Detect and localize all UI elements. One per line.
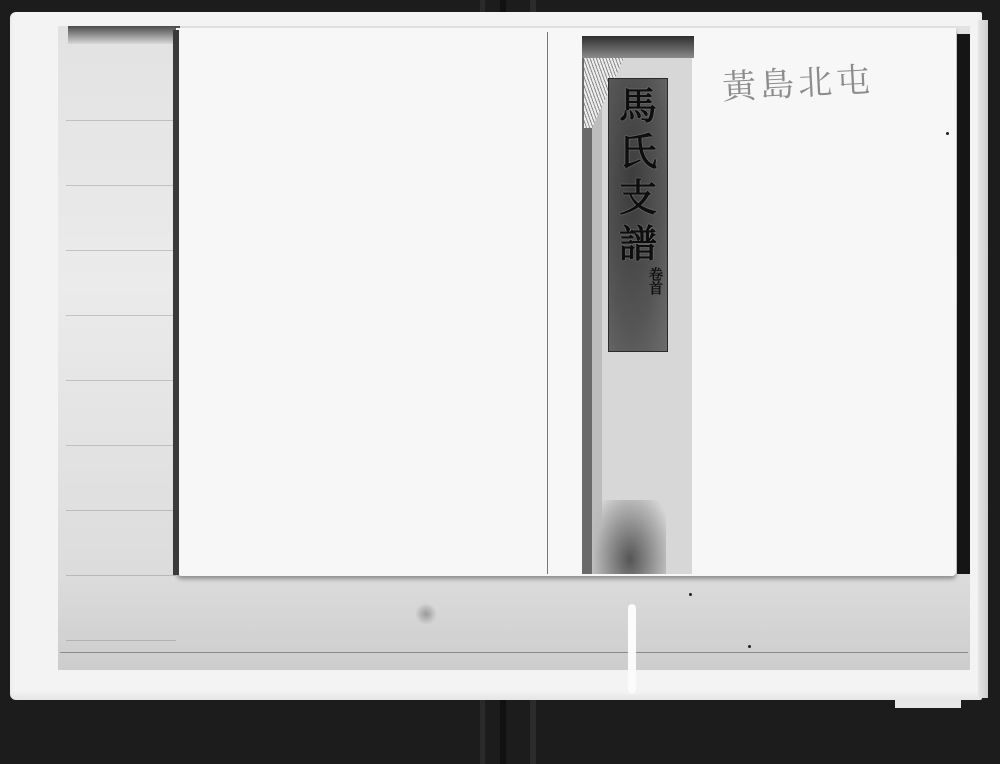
ink-smudge [415, 603, 437, 625]
title-column-shadow [582, 36, 694, 58]
title-subtitle: 卷首 [647, 267, 663, 295]
worn-area [594, 500, 666, 574]
book-spine-band [957, 34, 970, 574]
title-char: 譜 [619, 221, 657, 267]
title-label: 馬 氏 支 譜 卷首 [608, 78, 668, 352]
paper-tear [628, 604, 636, 694]
cover-fold-line [547, 32, 548, 574]
book-cover [176, 28, 956, 576]
title-char: 氏 [619, 129, 657, 175]
photocopy-edge-line [60, 652, 968, 653]
cover-left-edge [173, 30, 179, 575]
speck [748, 645, 751, 648]
outer-sheet-edge [978, 20, 988, 698]
title-char: 支 [619, 175, 657, 221]
paper-scrap [895, 698, 961, 708]
photocopy-shadow [68, 26, 180, 44]
speck [689, 593, 692, 596]
speck [946, 132, 949, 135]
handwritten-note: 黃島北屯 [721, 52, 875, 109]
title-char: 馬 [619, 83, 657, 129]
photocopy-ruled-lines [66, 56, 176, 656]
